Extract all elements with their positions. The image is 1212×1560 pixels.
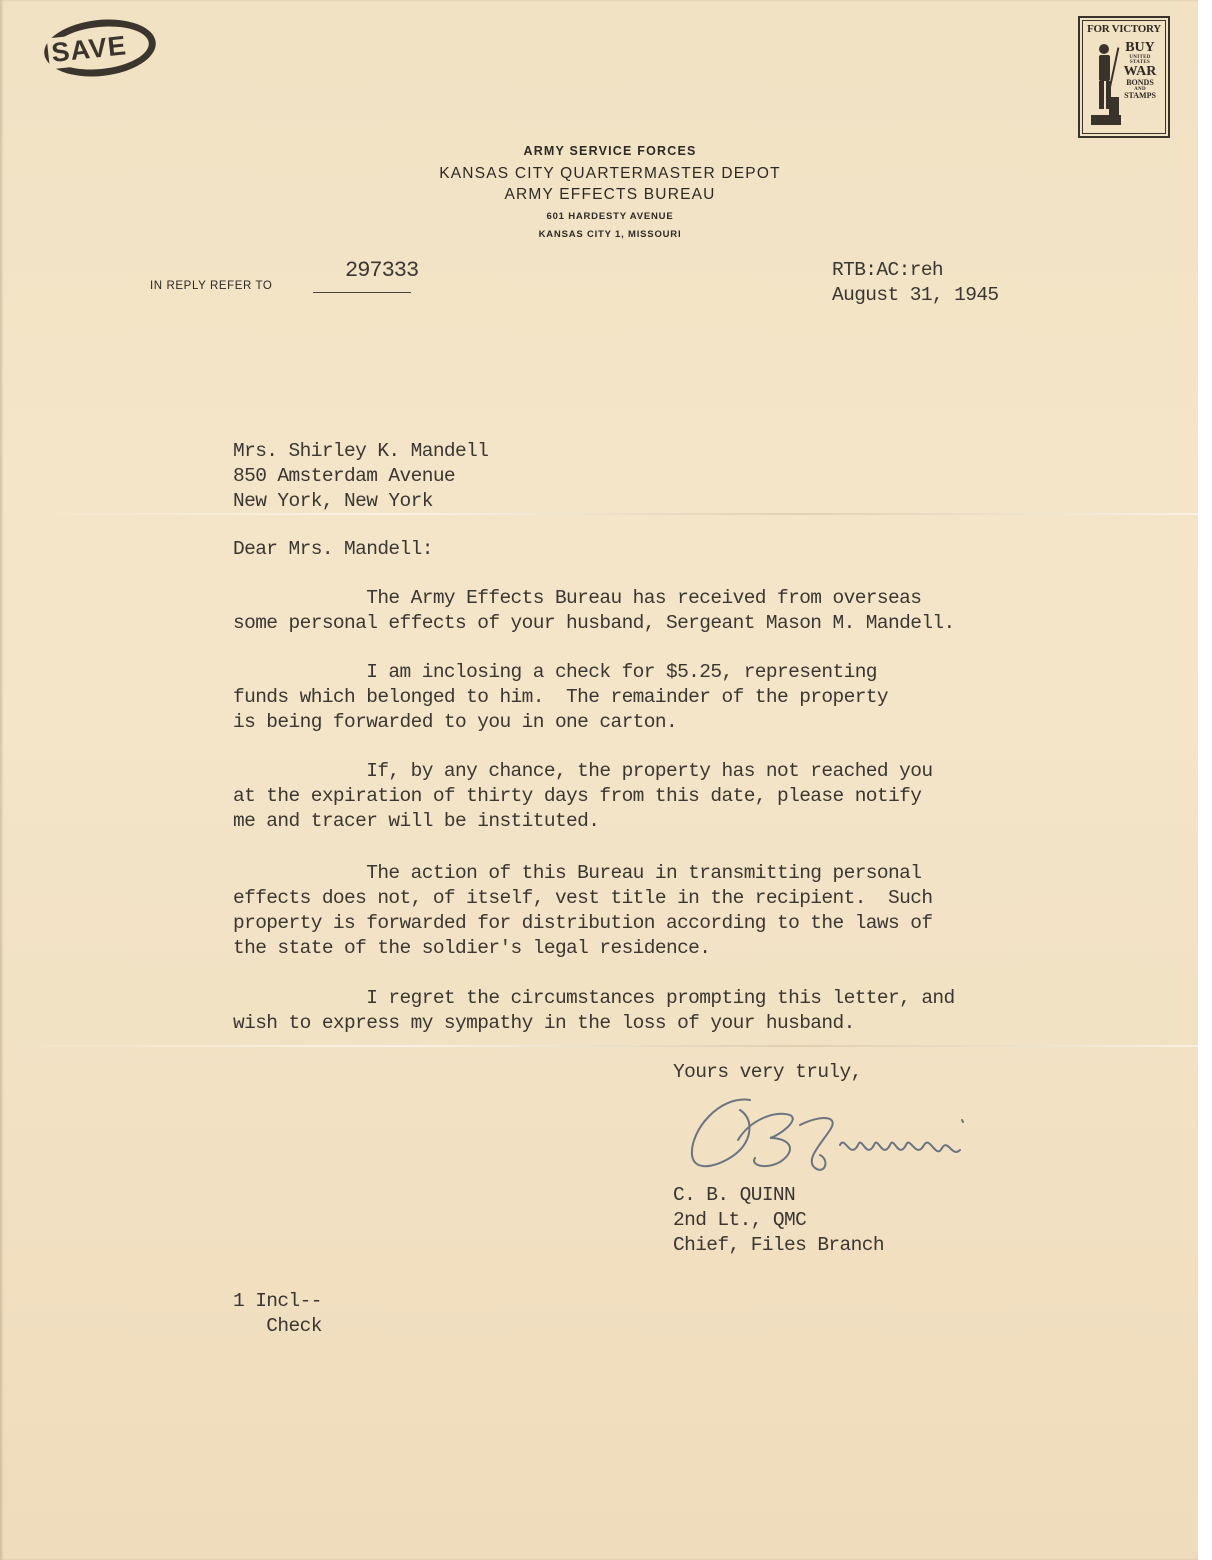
signature-block: C. B. QUINN2nd Lt., QMCChief, Files Bran…: [673, 1183, 884, 1258]
letter-date: August 31, 1945: [832, 283, 999, 308]
letterhead: ARMY SERVICE FORCES KANSAS CITY QUARTERM…: [350, 144, 870, 240]
reply-refer-label: IN REPLY REFER TO: [150, 280, 272, 292]
letter-page: SAVE FOR VICTORY BUY UNITED STATES: [0, 0, 1198, 1560]
handwritten-signature: [680, 1090, 1040, 1185]
fold-crease: [0, 1045, 1198, 1047]
signer-name: C. B. QUINN: [673, 1183, 884, 1208]
letterhead-org: ARMY SERVICE FORCES: [350, 144, 870, 158]
body-paragraph-5: I regret the circumstances prompting thi…: [233, 986, 955, 1036]
save-stamp-label: SAVE: [47, 29, 131, 68]
war-bonds-stamp: FOR VICTORY BUY UNITED STATES WAR BONDS: [1078, 16, 1170, 138]
recipient-street: 850 Amsterdam Avenue: [233, 464, 488, 489]
stamp-text: BUY UNITED STATES WAR BONDS AND STAMPS: [1118, 41, 1162, 100]
body-paragraph-1: The Army Effects Bureau has received fro…: [233, 586, 955, 636]
body-paragraph-3: If, by any chance, the property has not …: [233, 759, 932, 834]
reference-number: 297333: [345, 258, 418, 283]
reference-block: RTB:AC:rehAugust 31, 1945: [832, 258, 999, 308]
letterhead-street: 601 HARDESTY AVENUE: [350, 211, 870, 222]
signer-rank: 2nd Lt., QMC: [673, 1208, 884, 1233]
fold-crease: [0, 513, 1198, 515]
enclosure-count: 1 Incl--: [233, 1289, 322, 1314]
save-conservation-stamp-icon: SAVE: [41, 14, 158, 81]
enclosure-item: Check: [233, 1314, 322, 1339]
recipient-city: New York, New York: [233, 489, 488, 514]
salutation: Dear Mrs. Mandell:: [233, 537, 433, 562]
letterhead-city: KANSAS CITY 1, MISSOURI: [350, 229, 870, 240]
stamp-for-victory: FOR VICTORY: [1083, 23, 1165, 35]
recipient-name: Mrs. Shirley K. Mandell: [233, 439, 488, 464]
body-paragraph-2: I am inclosing a check for $5.25, repres…: [233, 660, 888, 735]
signer-title: Chief, Files Branch: [673, 1233, 884, 1258]
closing: Yours very truly,: [673, 1060, 862, 1085]
recipient-address: Mrs. Shirley K. Mandell850 Amsterdam Ave…: [233, 439, 488, 514]
letterhead-depot: KANSAS CITY QUARTERMASTER DEPOT: [350, 165, 870, 183]
initials: RTB:AC:reh: [832, 258, 999, 283]
reply-underline: [313, 292, 411, 293]
enclosure-note: 1 Incl-- Check: [233, 1289, 322, 1339]
letterhead-bureau: ARMY EFFECTS BUREAU: [350, 186, 870, 204]
body-paragraph-4: The action of this Bureau in transmittin…: [233, 861, 932, 961]
